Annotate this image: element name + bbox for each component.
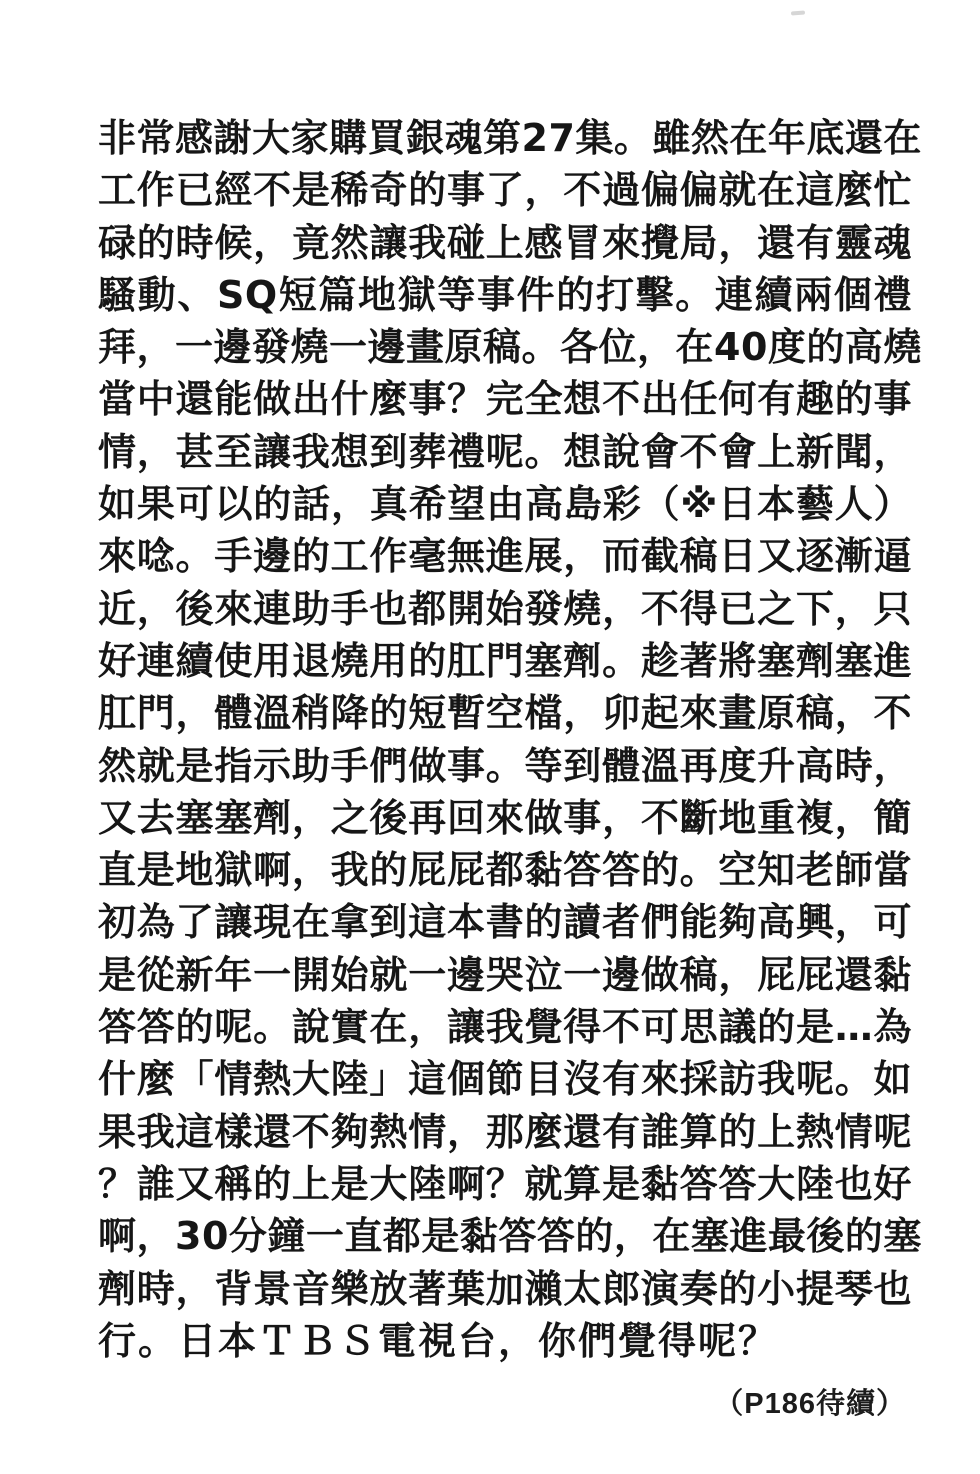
continuation-note: （P186待續）	[714, 1384, 906, 1424]
text-line: 肛門，體溫稍降的短暫空檔，卯起來畫原稿，不	[98, 687, 912, 739]
text-line: 直是地獄啊，我的屁屁都黏答答的。空知老師當	[98, 844, 912, 896]
text-line: 來唸。手邊的工作毫無進展，而截稿日又逐漸逼	[98, 530, 912, 582]
text-line: ？誰又稱的上是大陸啊？就算是黏答答大陸也好	[98, 1158, 912, 1210]
text-line: 初為了讓現在拿到這本書的讀者們能夠高興，可	[98, 896, 912, 948]
text-line: 如果可以的話，真希望由高島彩（※日本藝人）	[98, 478, 912, 530]
scan-artifact-mark	[791, 11, 805, 16]
text-line: 又去塞塞劑，之後再回來做事，不斷地重複，簡	[98, 792, 912, 844]
page-background: 非常感謝大家購買銀魂第27集。雖然在年底還在 工作已經不是稀奇的事了，不過偏偏就…	[0, 0, 980, 1474]
text-line-last: 行。日本ＴＢＳ電視台，你們覺得呢？	[98, 1315, 912, 1367]
text-line: 劑時，背景音樂放著葉加瀨太郎演奏的小提琴也	[98, 1263, 912, 1315]
afterword-text-block: 非常感謝大家購買銀魂第27集。雖然在年底還在 工作已經不是稀奇的事了，不過偏偏就…	[98, 112, 912, 1367]
text-line: 什麼「情熱大陸」這個節目沒有來採訪我呢。如	[98, 1053, 912, 1105]
text-line: 好連續使用退燒用的肛門塞劑。趁著將塞劑塞進	[98, 635, 912, 687]
text-line: 工作已經不是稀奇的事了，不過偏偏就在這麼忙	[98, 164, 912, 216]
text-line: 然就是指示助手們做事。等到體溫再度升高時，	[98, 740, 912, 792]
text-line: 騷動、SQ短篇地獄等事件的打擊。連續兩個禮	[98, 269, 912, 321]
text-line: 果我這樣還不夠熱情，那麼還有誰算的上熱情呢	[98, 1106, 912, 1158]
text-line: 近，後來連助手也都開始發燒，不得已之下，只	[98, 583, 912, 635]
text-line: 答答的呢。說實在，讓我覺得不可思議的是…為	[98, 1001, 912, 1053]
text-line: 當中還能做出什麼事？完全想不出任何有趣的事	[98, 373, 912, 425]
text-line: 拜，一邊發燒一邊畫原稿。各位，在40度的高燒	[98, 321, 912, 373]
scanned-page: { "page": { "background": "#ffffff", "in…	[0, 0, 980, 1474]
text-line: 啊，30分鐘一直都是黏答答的，在塞進最後的塞	[98, 1210, 912, 1262]
text-line: 碌的時候，竟然讓我碰上感冒來攪局，還有靈魂	[98, 217, 912, 269]
text-line: 情，甚至讓我想到葬禮呢。想說會不會上新聞，	[98, 426, 912, 478]
text-line: 非常感謝大家購買銀魂第27集。雖然在年底還在	[98, 112, 912, 164]
text-line: 是從新年一開始就一邊哭泣一邊做稿，屁屁還黏	[98, 949, 912, 1001]
